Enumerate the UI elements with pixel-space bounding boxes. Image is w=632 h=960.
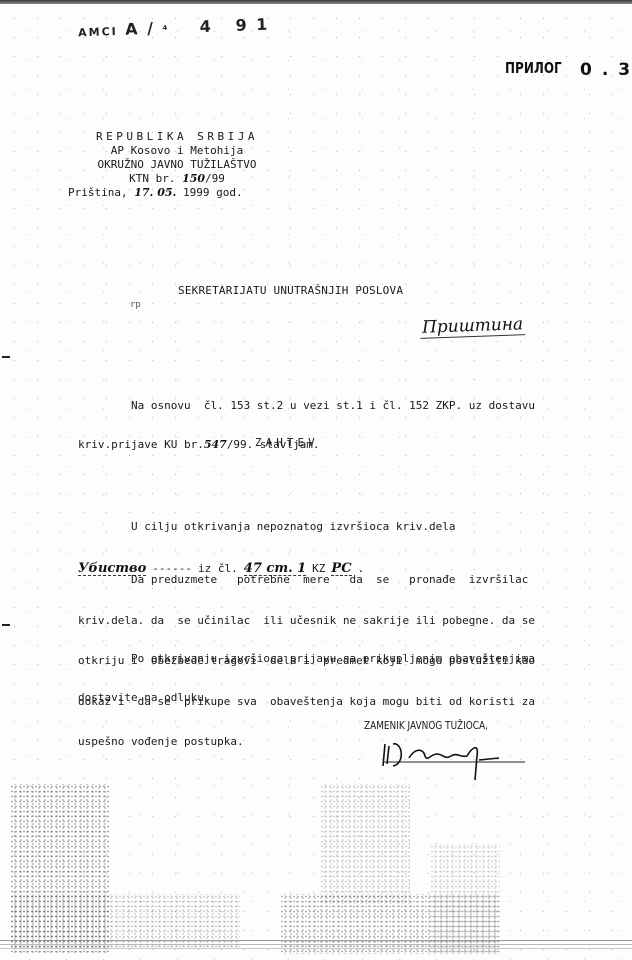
page-edge-line [0,948,632,949]
scanned-document-page: AMCI A / ⁴ 4 9 1 ПРИЛОГ 0.3 REPUBLIKA SR… [0,4,632,960]
attachment-number: 0.3 [580,60,632,80]
handwritten-date: 17. 05. [134,186,176,199]
office-line: OKRUŽNO JAVNO TUŽILAŠTVO [62,158,292,172]
reference-stamp: AMCI A / ⁴ 4 9 1 [78,15,270,41]
stamp-letter: A [125,19,140,38]
toner-smudge [10,784,110,954]
place-date-line: Priština, 17. 05. 1999 god. [62,186,292,200]
stamp-num: ⁴ [162,23,169,36]
case-number-line: KTN br. 150/99 [62,172,292,186]
page-edge-line [0,940,632,941]
toner-smudge [430,844,500,954]
country-line: REPUBLIKA SRBIJA [62,130,292,144]
stamp-slash: / [147,19,156,38]
region-line: AP Kosovo i Metohija [62,144,292,158]
stamp-num: 9 1 [235,15,269,35]
handwritten-case-number: 150 [182,172,205,185]
toner-smudge [320,784,410,904]
stamp-prefix: AMCI [78,25,118,39]
intro-paragraph: Na osnovu čl. 153 st.2 u vezi st.1 i čl.… [78,373,548,477]
page-edge-line [0,944,632,945]
issuer-header: REPUBLIKA SRBIJA AP Kosovo i Metohija OK… [62,130,292,200]
toner-smudge [280,894,500,954]
recipient: SEKRETARIJATU UNUTRAŠNJIH POSLOVA [178,284,403,297]
attachment-label: ПРИЛОГ [505,59,562,77]
closing-paragraph: Po otkrivanju izvršioca prijavu sa priku… [78,626,548,730]
stamp-num: 4 [199,17,213,36]
margin-punch-mark [2,624,10,626]
recipient-mark: rp [130,300,141,310]
document-title: ZAHTEV [255,436,319,449]
margin-punch-mark [2,356,10,358]
signatory-title: ZAMENIK JAVNOG TUŽIOCA, [364,720,488,732]
handwritten-city: Приштина [420,314,526,339]
handwritten-report-number: 547 [204,438,227,451]
signature-icon [375,734,525,784]
